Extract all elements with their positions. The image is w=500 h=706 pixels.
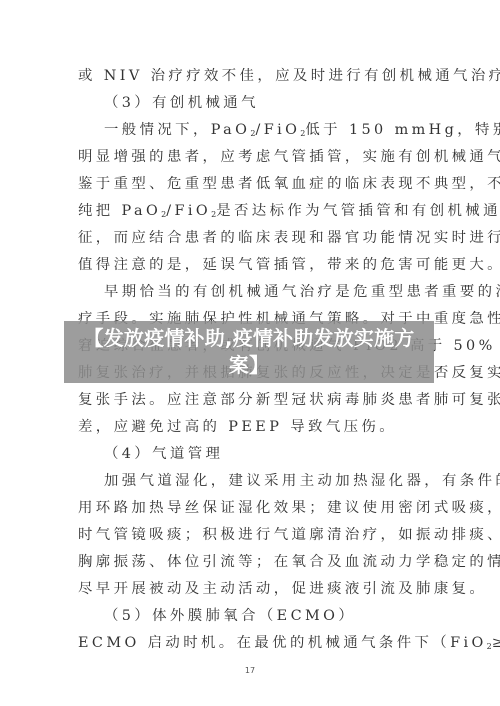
text-line: 早期恰当的有创机械通气治疗是危重型患者重要的治 [104, 283, 424, 301]
section-heading-ecmo: （5）体外膜肺氧合（ECMO） [104, 607, 450, 625]
title-overlay-banner: 【发放疫情补助,疫情补助发放实施方案】 [64, 321, 434, 383]
text-line: 用环路加热导丝保证湿化效果；建议使用密闭式吸痰，必要 [78, 499, 424, 517]
text-line: 一般情况下，PaO2/FiO2低于 150 mmHg，特别是吸气努力 [104, 121, 424, 143]
text-fragment: ECMO 启动时机。在最优的机械通气条件下（FiO [78, 635, 487, 651]
text-line: 纯把 PaO2/FiO2是否达标作为气管插管和有创机械通气的指 [78, 202, 424, 224]
text-line: 时气管镜吸痰；积极进行气道廓清治疗，如振动排痰、高频 [78, 526, 424, 544]
text-fragment: 纯把 PaO [78, 203, 161, 219]
overlay-title: 【发放疫情补助,疫情补助发放实施方案】 [69, 325, 429, 379]
text-fragment: 低于 150 mmHg，特别是吸气努力 [305, 122, 500, 138]
text-line: 征，而应结合患者的临床表现和器官功能情况实时进行评估。 [78, 229, 424, 247]
text-fragment: ≥80%， [492, 635, 500, 651]
text-fragment: /FiO [255, 122, 300, 138]
page-number: 17 [0, 666, 500, 675]
text-line: ECMO 启动时机。在最优的机械通气条件下（FiO2≥80%， [78, 634, 424, 656]
section-heading-invasive-ventilation: （3）有创机械通气 [104, 94, 450, 112]
section-heading-airway-management: （4）气道管理 [104, 445, 450, 463]
text-fragment: 是否达标作为气管插管和有创机械通气的指 [216, 203, 500, 219]
text-line: 明显增强的患者，应考虑气管插管，实施有创机械通气。但 [78, 148, 424, 166]
text-line: 鉴于重型、危重型患者低氧血症的临床表现不典型，不应单 [78, 175, 424, 193]
text-line: 差，应避免过高的 PEEP 导致气压伤。 [78, 418, 424, 436]
text-line: 复张手法。应注意部分新型冠状病毒肺炎患者肺可复张性较 [78, 391, 424, 409]
text-line: 或 NIV 治疗疗效不佳，应及时进行有创机械通气治疗。 [78, 67, 424, 85]
text-line: 尽早开展被动及主动活动，促进痰液引流及肺康复。 [78, 580, 424, 598]
text-line: 值得注意的是，延误气管插管，带来的危害可能更大。 [78, 256, 424, 274]
text-fragment: 一般情况下，PaO [104, 122, 250, 138]
text-line: 加强气道湿化，建议采用主动加热湿化器，有条件的使 [104, 472, 424, 490]
text-line: 胸廓振荡、体位引流等；在氧合及血流动力学稳定的情况下， [78, 553, 424, 571]
document-page: 或 NIV 治疗疗效不佳，应及时进行有创机械通气治疗。 （3）有创机械通气 一般… [0, 0, 500, 706]
text-fragment: /FiO [166, 203, 211, 219]
